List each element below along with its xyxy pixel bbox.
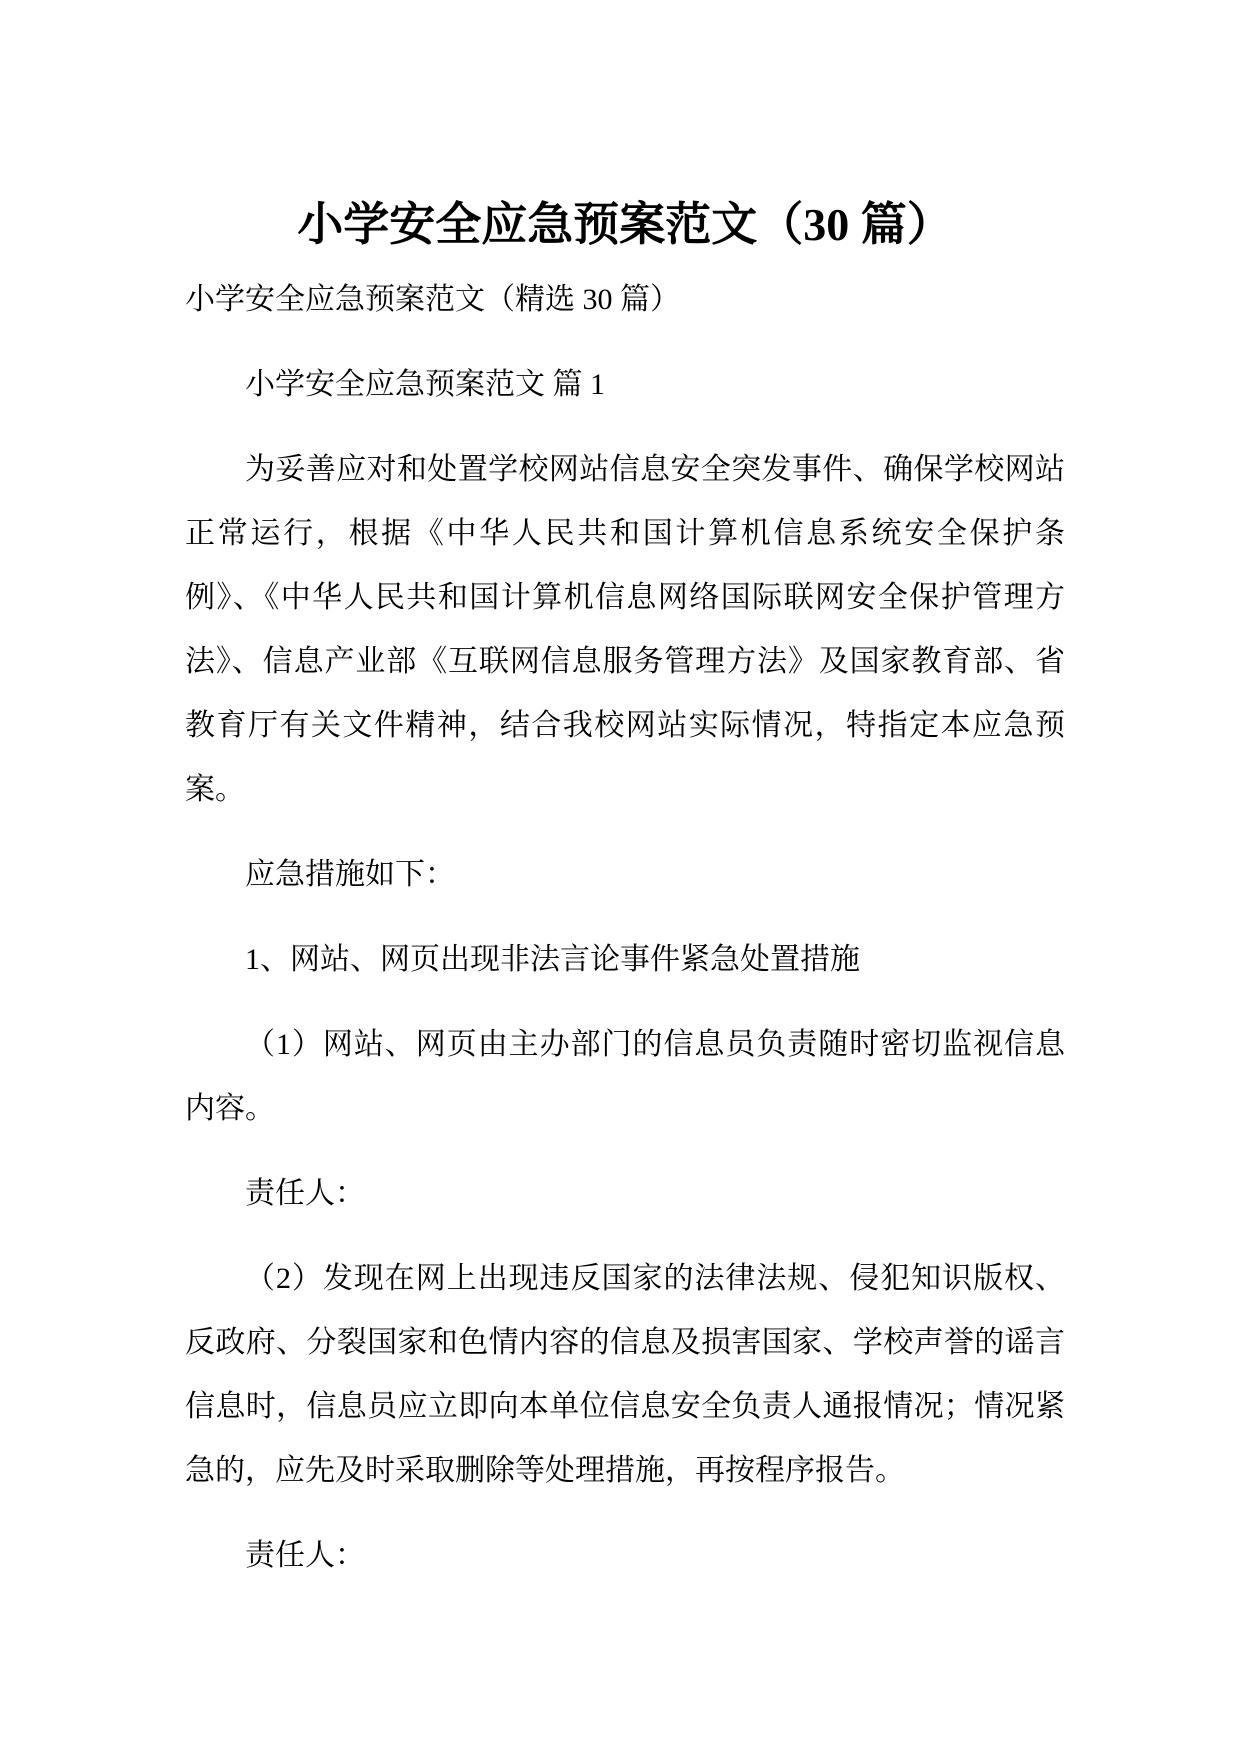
paragraph: （1）网站、网页由主办部门的信息员负责随时密切监视信息内容。 [185,1013,1065,1141]
paragraph: 为妥善应对和处置学校网站信息安全突发事件、确保学校网站正常运行，根据《中华人民共… [185,438,1065,822]
paragraph: （2）发现在网上出现违反国家的法律法规、侵犯知识版权、反政府、分裂国家和色情内容… [185,1247,1065,1503]
document-title: 小学安全应急预案范文（30 篇） [185,190,1065,260]
paragraph: 1、网站、网页出现非法言论事件紧急处置措施 [185,928,1065,992]
document-body: 小学安全应急预案范文（精选 30 篇）小学安全应急预案范文 篇 1为妥善应对和处… [185,268,1065,1588]
paragraph: 责任人： [185,1162,1065,1226]
paragraph: 小学安全应急预案范文（精选 30 篇） [185,268,1065,332]
document-page: 小学安全应急预案范文（30 篇） 小学安全应急预案范文（精选 30 篇）小学安全… [0,0,1240,1753]
paragraph: 小学安全应急预案范文 篇 1 [185,353,1065,417]
paragraph: 应急措施如下： [185,843,1065,907]
paragraph: 责任人： [185,1524,1065,1588]
